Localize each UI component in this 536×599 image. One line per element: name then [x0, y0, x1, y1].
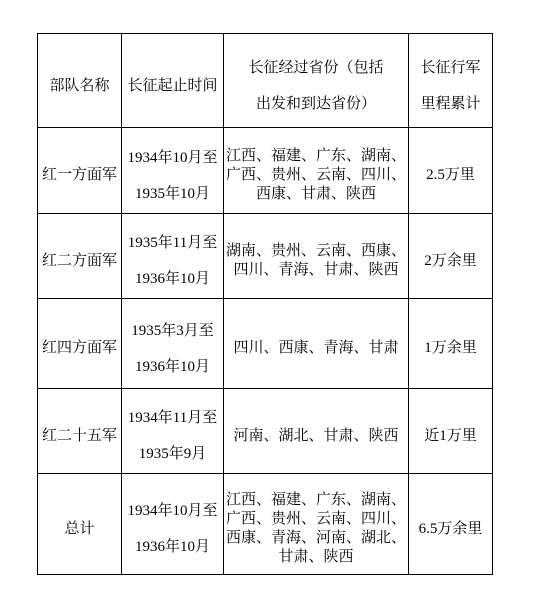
text-line: 西康、青海、河南、湖北、 — [226, 529, 406, 548]
text-line: 出发和到达省份） — [226, 86, 406, 122]
cell-mileage: 6.5万余里 — [409, 474, 493, 575]
cell-time: 1935年11月至1936年10月 — [122, 214, 224, 299]
text-line: 部队名称 — [40, 68, 119, 104]
text-line: 1935年10月 — [124, 176, 221, 212]
long-march-table: 部队名称 长征起止时间 长征经过省份（包括出发和到达省份） 长征行军里程累计 红… — [37, 33, 493, 575]
cell-provinces: 四川、西康、青海、甘肃 — [224, 299, 409, 389]
text-line: 长征起止时间 — [124, 68, 221, 104]
cell-unit: 红二十五军 — [38, 389, 122, 474]
text-line: 河南、湖北、甘肃、陕西 — [226, 427, 406, 446]
cell-unit: 红一方面军 — [38, 128, 122, 214]
header-cell-mileage: 长征行军里程累计 — [409, 34, 493, 128]
text-line: 四川、青海、甘肃、陕西 — [226, 261, 406, 280]
text-line: 1935年9月 — [124, 436, 221, 472]
cell-mileage: 近1万里 — [409, 389, 493, 474]
cell-unit: 总计 — [38, 474, 122, 575]
cell-time: 1934年10月至1935年10月 — [122, 128, 224, 214]
header-cell-time: 长征起止时间 — [122, 34, 224, 128]
cell-time: 1934年11月至1935年9月 — [122, 389, 224, 474]
text-line: 1936年10月 — [124, 349, 221, 385]
cell-provinces: 河南、湖北、甘肃、陕西 — [224, 389, 409, 474]
text-line: 1934年11月至 — [124, 400, 221, 436]
cell-unit: 红二方面军 — [38, 214, 122, 299]
text-line: 长征行军 — [411, 50, 490, 86]
text-line: 1935年11月至 — [124, 225, 221, 261]
text-line: 江西、福建、广东、湖南、 — [226, 147, 406, 166]
cell-mileage: 2万余里 — [409, 214, 493, 299]
text-line: 广西、贵州、云南、四川、 — [226, 510, 406, 529]
cell-unit: 红四方面军 — [38, 299, 122, 389]
text-line: 1936年10月 — [124, 261, 221, 297]
text-line: 1935年3月至 — [124, 313, 221, 349]
cell-provinces: 湖南、贵州、云南、西康、四川、青海、甘肃、陕西 — [224, 214, 409, 299]
table-row-fourth-front-army: 红四方面军 1935年3月至1936年10月 四川、西康、青海、甘肃 1万余里 — [38, 299, 493, 389]
cell-time: 1934年10月至1936年10月 — [122, 474, 224, 575]
text-line: 1934年10月至 — [124, 493, 221, 529]
text-line: 甘肃、陕西 — [226, 548, 406, 567]
text-line: 里程累计 — [411, 86, 490, 122]
text-line: 1934年10月至 — [124, 140, 221, 176]
text-line: 四川、西康、青海、甘肃 — [226, 339, 406, 358]
document-page: 部队名称 长征起止时间 长征经过省份（包括出发和到达省份） 长征行军里程累计 红… — [0, 0, 536, 599]
table-row-second-front-army: 红二方面军 1935年11月至1936年10月 湖南、贵州、云南、西康、四川、青… — [38, 214, 493, 299]
text-line: 广西、贵州、云南、四川、 — [226, 166, 406, 185]
table-row-total: 总计 1934年10月至1936年10月 江西、福建、广东、湖南、广西、贵州、云… — [38, 474, 493, 575]
header-cell-unit: 部队名称 — [38, 34, 122, 128]
text-line: 长征经过省份（包括 — [226, 50, 406, 86]
table-row-25th-army: 红二十五军 1934年11月至1935年9月 河南、湖北、甘肃、陕西 近1万里 — [38, 389, 493, 474]
table-row-first-front-army: 红一方面军 1934年10月至1935年10月 江西、福建、广东、湖南、广西、贵… — [38, 128, 493, 214]
cell-provinces: 江西、福建、广东、湖南、广西、贵州、云南、四川、西康、青海、河南、湖北、甘肃、陕… — [224, 474, 409, 575]
cell-time: 1935年3月至1936年10月 — [122, 299, 224, 389]
header-cell-provinces: 长征经过省份（包括出发和到达省份） — [224, 34, 409, 128]
cell-mileage: 2.5万里 — [409, 128, 493, 214]
text-line: 1936年10月 — [124, 529, 221, 565]
text-line: 西康、甘肃、陕西 — [226, 185, 406, 204]
text-line: 江西、福建、广东、湖南、 — [226, 491, 406, 510]
cell-provinces: 江西、福建、广东、湖南、广西、贵州、云南、四川、西康、甘肃、陕西 — [224, 128, 409, 214]
table-header-row: 部队名称 长征起止时间 长征经过省份（包括出发和到达省份） 长征行军里程累计 — [38, 34, 493, 128]
text-line: 湖南、贵州、云南、西康、 — [226, 242, 406, 261]
cell-mileage: 1万余里 — [409, 299, 493, 389]
